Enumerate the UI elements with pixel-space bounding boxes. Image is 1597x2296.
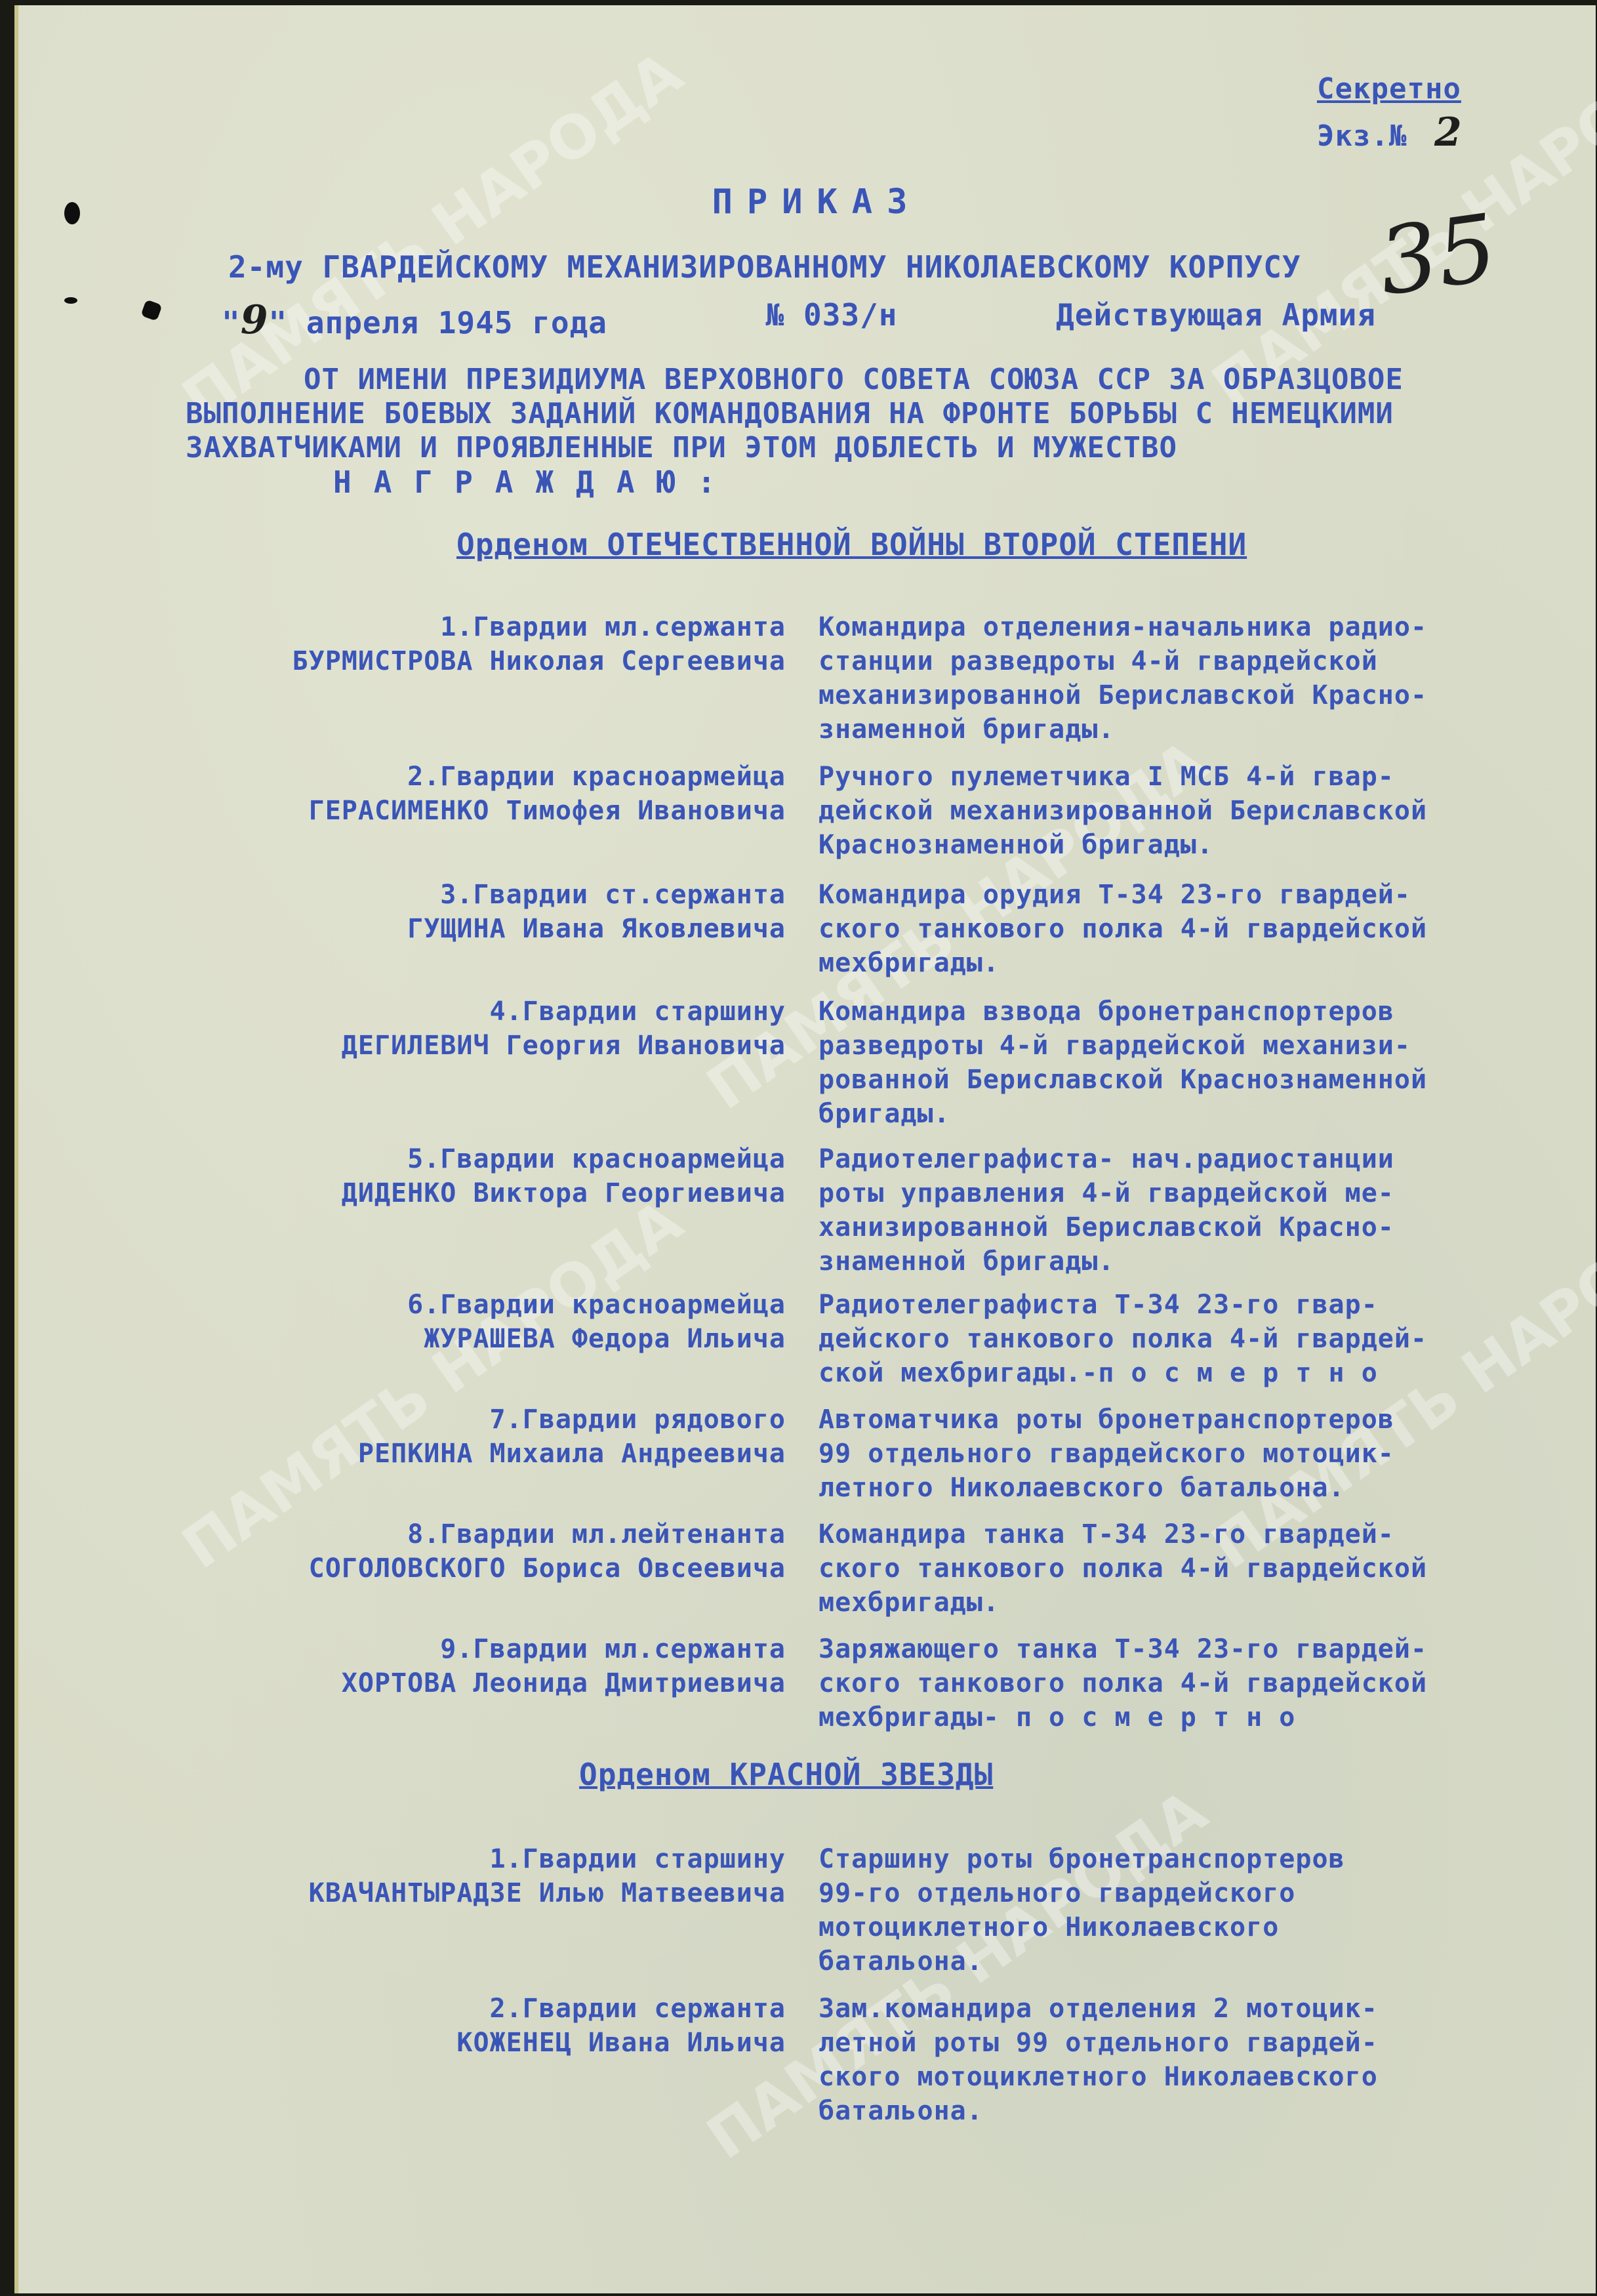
section-heading-red-star: Орденом КРАСНОЙ ЗВЕЗДЫ	[579, 1757, 993, 1792]
date-line: "9" апреля 1945 года № 033/н Действующая…	[222, 297, 1376, 343]
order-number: № 033/н	[766, 297, 898, 343]
award-entry: 2.Гвардии сержантаКОЖЕНЕЦ Ивана Ильича З…	[189, 1992, 1579, 2128]
entry-position-line: роты управления 4-й гвардейской ме-	[819, 1176, 1579, 1210]
preamble: ОТ ИМЕНИ ПРЕЗИДИУМА ВЕРХОВНОГО СОВЕТА СО…	[186, 363, 1530, 465]
location: Действующая Армия	[1056, 297, 1376, 343]
entry-position-line: дейской механизированной Бериславской	[819, 794, 1579, 828]
classification-block: Секретно Экз.№ 2	[1317, 68, 1463, 158]
entry-position-line: 99-го отдельного гвардейского	[819, 1876, 1579, 1910]
date-text: апреля 1945 года	[306, 305, 607, 340]
entry-rank: 3.Гвардии ст.сержанта	[189, 878, 786, 912]
entry-position-line: мехбригады.	[819, 946, 1579, 980]
award-entry: 4.Гвардии старшинуДЕГИЛЕВИЧ Георгия Иван…	[189, 994, 1579, 1131]
entry-position-line: ского мотоциклетного Николаевского	[819, 2060, 1579, 2094]
entry-position-line: Командира отделения-начальника радио-	[819, 610, 1579, 644]
entry-position-line: ского танкового полка 4-й гвардейской	[819, 1666, 1579, 1700]
entry-position-line: ханизированной Бериславской Красно-	[819, 1210, 1579, 1244]
entry-position-line: Зам.командира отделения 2 мотоцик-	[819, 1992, 1579, 2026]
entry-rank: 2.Гвардии красноармейца	[189, 760, 786, 794]
entry-name: БУРМИСТРОВА Николая Сергеевича	[189, 644, 786, 678]
entry-rank: 4.Гвардии старшину	[189, 994, 786, 1029]
entry-rank: 1.Гвардии старшину	[189, 1842, 786, 1876]
document-title: ПРИКАЗ	[18, 182, 1597, 222]
entry-position-line: мехбригады- п о с м е р т н о	[819, 1700, 1579, 1734]
entry-name: СОГОЛОВСКОГО Бориса Овсеевича	[189, 1551, 786, 1586]
classification-label: Секретно	[1317, 68, 1463, 111]
entry-position-line: Заряжающего танка Т-34 23-го гвардей-	[819, 1632, 1579, 1666]
entry-position-line: ского танкового полка 4-й гвардейской	[819, 912, 1579, 946]
copy-label: Экз.№	[1317, 119, 1407, 153]
entry-position-line: 99 отдельного гвардейского мотоцик-	[819, 1437, 1579, 1471]
entry-position-line: Автоматчика роты бронетранспортеров	[819, 1403, 1579, 1437]
entry-rank: 9.Гвардии мл.сержанта	[189, 1632, 786, 1666]
copy-number-handwritten: 2	[1434, 110, 1463, 155]
entry-position-line: Старшину роты бронетранспортеров	[819, 1842, 1579, 1876]
entry-name: ГЕРАСИМЕНКО Тимофея Ивановича	[189, 794, 786, 828]
entry-position-line: Радиотелеграфиста- нач.радиостанции	[819, 1142, 1579, 1176]
entry-name: ГУЩИНА Ивана Яковлевича	[189, 912, 786, 946]
entry-position-line: ского танкового полка 4-й гвардейской	[819, 1551, 1579, 1586]
paper-damage	[64, 297, 77, 304]
entry-name: ХОРТОВА Леонида Дмитриевича	[189, 1666, 786, 1700]
award-entry: 1.Гвардии старшинуКВАЧАНТЫРАДЗЕ Илью Мат…	[189, 1842, 1579, 1978]
entry-name: РЕПКИНА Михаила Андреевича	[189, 1437, 786, 1471]
entry-position-line: Командира танка Т-34 23-го гвардей-	[819, 1517, 1579, 1551]
entry-rank: 7.Гвардии рядового	[189, 1403, 786, 1437]
document-page: ПАМЯТЬ НАРОДА ПАМЯТЬ НАРОДА ПАМЯТЬ НАРОД…	[14, 5, 1596, 2293]
entry-position-line: мехбригады.	[819, 1586, 1579, 1620]
entry-rank: 8.Гвардии мл.лейтенанта	[189, 1517, 786, 1551]
entry-position-line: бригады.	[819, 1097, 1579, 1131]
award-entry: 9.Гвардии мл.сержантаХОРТОВА Леонида Дми…	[189, 1632, 1579, 1734]
entry-rank: 6.Гвардии красноармейца	[189, 1288, 786, 1322]
entry-position-line: Командира взвода бронетранспортеров	[819, 994, 1579, 1029]
award-word: НАГРАЖДАЮ:	[333, 464, 738, 500]
award-entry: 1.Гвардии мл.сержантаБУРМИСТРОВА Николая…	[189, 610, 1579, 747]
entry-position-line: рованной Бериславской Краснознаменной	[819, 1063, 1579, 1097]
entry-position-line: разведроты 4-й гвардейской механизи-	[819, 1029, 1579, 1063]
entry-position-line: батальона.	[819, 1944, 1579, 1978]
preamble-line: ОТ ИМЕНИ ПРЕЗИДИУМА ВЕРХОВНОГО СОВЕТА СО…	[186, 363, 1530, 397]
award-entry: 8.Гвардии мл.лейтенантаСОГОЛОВСКОГО Бори…	[189, 1517, 1579, 1620]
entry-position-line: Ручного пулеметчика I МСБ 4-й гвар-	[819, 760, 1579, 794]
entry-position-line: Радиотелеграфиста Т-34 23-го гвар-	[819, 1288, 1579, 1322]
entry-position-line: ской мехбригады.-п о с м е р т н о	[819, 1356, 1579, 1390]
entry-name: ДЕГИЛЕВИЧ Георгия Ивановича	[189, 1029, 786, 1063]
section-heading-patriotic-war: Орденом ОТЕЧЕСТВЕННОЙ ВОЙНЫ ВТОРОЙ СТЕПЕ…	[456, 527, 1247, 562]
award-entry: 2.Гвардии красноармейцаГЕРАСИМЕНКО Тимоф…	[189, 760, 1579, 862]
entry-position-line: Краснознаменной бригады.	[819, 828, 1579, 862]
addressee: 2-му ГВАРДЕЙСКОМУ МЕХАНИЗИРОВАННОМУ НИКО…	[228, 249, 1301, 285]
award-entry: 7.Гвардии рядовогоРЕПКИНА Михаила Андрее…	[189, 1403, 1579, 1505]
entry-rank: 1.Гвардии мл.сержанта	[189, 610, 786, 644]
entry-position-line: механизированной Бериславской Красно-	[819, 678, 1579, 712]
paper-damage	[140, 299, 162, 321]
entry-position-line: Командира орудия Т-34 23-го гвардей-	[819, 878, 1579, 912]
entry-position-line: знаменной бригады.	[819, 1244, 1579, 1279]
entry-rank: 5.Гвардии красноармейца	[189, 1142, 786, 1176]
date-day-handwritten: 9	[241, 297, 269, 343]
entry-name: КОЖЕНЕЦ Ивана Ильича	[189, 2026, 786, 2060]
entry-name: ДИДЕНКО Виктора Георгиевича	[189, 1176, 786, 1210]
entry-position-line: летного Николаевского батальона.	[819, 1471, 1579, 1505]
entry-position-line: батальона.	[819, 2094, 1579, 2128]
entry-name: ЖУРАШЕВА Федора Ильича	[189, 1322, 786, 1356]
award-entry: 6.Гвардии красноармейцаЖУРАШЕВА Федора И…	[189, 1288, 1579, 1390]
entry-position-line: мотоциклетного Николаевского	[819, 1910, 1579, 1944]
entry-rank: 2.Гвардии сержанта	[189, 1992, 786, 2026]
award-entry: 3.Гвардии ст.сержантаГУЩИНА Ивана Яковле…	[189, 878, 1579, 980]
entry-position-line: дейского танкового полка 4-й гвардей-	[819, 1322, 1579, 1356]
entry-position-line: летной роты 99 отдельного гвардей-	[819, 2026, 1579, 2060]
preamble-line: ЗАХВАТЧИКАМИ И ПРОЯВЛЕННЫЕ ПРИ ЭТОМ ДОБЛ…	[186, 431, 1530, 465]
award-entry: 5.Гвардии красноармейцаДИДЕНКО Виктора Г…	[189, 1142, 1579, 1279]
preamble-line: ВЫПОЛНЕНИЕ БОЕВЫХ ЗАДАНИЙ КОМАНДОВАНИЯ Н…	[186, 397, 1530, 431]
entry-name: КВАЧАНТЫРАДЗЕ Илью Матвеевича	[189, 1876, 786, 1910]
order-date: "9" апреля 1945 года	[222, 297, 607, 343]
entry-position-line: знаменной бригады.	[819, 712, 1579, 747]
entry-position-line: станции разведроты 4-й гвардейской	[819, 644, 1579, 678]
